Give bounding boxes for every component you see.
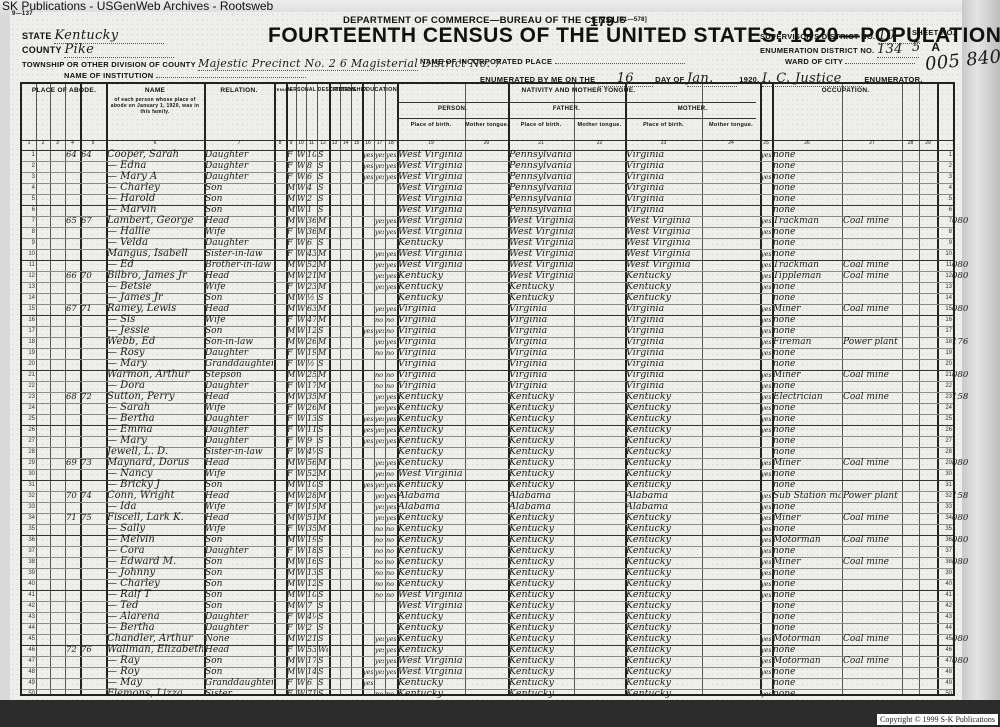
ward-value <box>845 63 915 64</box>
page-code: [D1—578] <box>617 17 647 23</box>
cell-write: yes <box>386 666 396 678</box>
cell-write: yes <box>386 281 396 293</box>
ward-label: WARD OF CITY <box>785 57 843 66</box>
cell-family: 67 <box>81 215 105 227</box>
cell-write: no <box>386 347 396 359</box>
cell-dwelling: 71 <box>66 512 79 524</box>
header-divider <box>397 118 756 119</box>
line-number: 7 <box>23 218 35 224</box>
cell-marital: S <box>318 688 328 700</box>
cell-industry: Coal mine <box>843 369 901 381</box>
column-number: 25 <box>760 140 772 146</box>
line-number: 9 <box>23 240 35 246</box>
line-number: 26 <box>23 427 35 433</box>
cell-family: 76 <box>81 644 105 656</box>
township-field: TOWNSHIP OR OTHER DIVISION OF COUNTY Maj… <box>22 57 418 71</box>
line-number: 16 <box>23 317 35 323</box>
cell-code: 080 <box>952 215 976 227</box>
section-heading-tenure: TENURE. <box>274 87 286 92</box>
section-heading-mother-tongue: Mother tongue. <box>465 122 508 128</box>
line-number: 35 <box>940 526 952 532</box>
cell-industry: Coal mine <box>843 215 901 227</box>
line-number: 46 <box>940 647 952 653</box>
cell-english: yes <box>761 589 771 601</box>
copyright-notice: Copyright © 1999 S-K Publications <box>877 714 998 725</box>
cell-industry: Coal mine <box>843 655 901 667</box>
cell-family: 72 <box>81 391 105 403</box>
line-number: 44 <box>940 625 952 631</box>
cell-school: yes <box>363 325 373 337</box>
cell-write: no <box>386 589 396 601</box>
section-heading-place-of-birth: Place of birth. <box>397 122 465 128</box>
section-heading-citizenship: CITIZENSHIP. <box>329 87 362 93</box>
line-number: 31 <box>940 482 952 488</box>
cell-dwelling: 72 <box>66 644 79 656</box>
line-number: 17 <box>23 328 35 334</box>
cell-industry: Coal mine <box>843 534 901 546</box>
section-heading-place-of-birth: Place of birth. <box>508 122 574 128</box>
page-edge <box>962 0 1000 700</box>
cell-dwelling: 67 <box>66 303 79 315</box>
line-number: 42 <box>23 603 35 609</box>
cell-write: yes <box>386 226 396 238</box>
line-number: 5 <box>23 196 35 202</box>
cell-english: yes <box>761 666 771 678</box>
column-number: 9 <box>286 140 296 146</box>
name-column-description: of each person whose place of abode on J… <box>108 97 202 115</box>
line-number: 20 <box>940 361 952 367</box>
page-number: 179 <box>590 13 614 29</box>
cell-read: no <box>375 589 384 601</box>
line-number: 50 <box>23 691 35 697</box>
line-number: 9 <box>940 240 952 246</box>
line-number: 13 <box>23 284 35 290</box>
line-number: 34 <box>23 515 35 521</box>
cell-code: 080 <box>952 303 976 315</box>
cell-code: 080 <box>952 457 976 469</box>
section-heading-relation: RELATION. <box>204 87 274 94</box>
column-number: 7 <box>204 140 274 146</box>
line-number: 4 <box>940 185 952 191</box>
cell-family: 75 <box>81 512 105 524</box>
cell-family: 73 <box>81 457 105 469</box>
cell-code: 080 <box>952 534 976 546</box>
cell-code: 080 <box>952 556 976 568</box>
section-heading-nativity: NATIVITY AND MOTHER TONGUE. <box>397 87 760 94</box>
cell-school: yes <box>363 435 373 447</box>
line-number: 41 <box>940 592 952 598</box>
column-divider <box>80 84 82 694</box>
line-number: 48 <box>23 669 35 675</box>
cell-read: yes <box>375 226 384 238</box>
line-number: 37 <box>940 548 952 554</box>
enumeration-district-field: ENUMERATION DISTRICT NO. 134 <box>760 42 919 58</box>
line-number: 46 <box>23 647 35 653</box>
column-number: 3 <box>50 140 65 146</box>
cell-family: 70 <box>81 270 105 282</box>
section-heading-place-of-birth: Place of birth. <box>625 122 702 128</box>
line-number: 19 <box>940 350 952 356</box>
column-number: 18 <box>385 140 397 146</box>
line-number: 47 <box>940 658 952 664</box>
cell-write: yes <box>386 435 396 447</box>
line-number: 37 <box>23 548 35 554</box>
line-number: 35 <box>23 526 35 532</box>
institution-value <box>156 77 306 78</box>
line-number: 48 <box>940 669 952 675</box>
line-number: 45 <box>23 636 35 642</box>
enumeration-label: ENUMERATION DISTRICT NO. <box>760 46 875 55</box>
cell-industry: Coal mine <box>843 512 901 524</box>
column-number: 29 <box>919 140 937 146</box>
cell-english: yes <box>761 468 771 480</box>
line-number: 25 <box>940 416 952 422</box>
cell-industry: Coal mine <box>843 303 901 315</box>
line-number: 22 <box>23 383 35 389</box>
line-number: 28 <box>23 449 35 455</box>
cell-write: yes <box>386 171 396 183</box>
cell-name: Flemons, Lizza <box>107 688 203 700</box>
line-number: 11 <box>23 262 35 268</box>
cell-code: 176 <box>952 336 976 348</box>
column-divider <box>842 84 843 694</box>
cell-family: 71 <box>81 303 105 315</box>
line-number: 6 <box>940 207 952 213</box>
column-number: 27 <box>842 140 902 146</box>
section-heading-mother-tongue: Mother tongue. <box>574 122 625 128</box>
line-number: 3 <box>940 174 952 180</box>
line-number: 27 <box>940 438 952 444</box>
cell-sex: F <box>287 688 295 700</box>
cell-family: 74 <box>81 490 105 502</box>
section-heading-place-of-abode: PLACE OF ABODE. <box>22 87 106 94</box>
cell-industry: Coal mine <box>843 391 901 403</box>
line-number: 15 <box>940 306 952 312</box>
line-number: 36 <box>940 537 952 543</box>
line-number: 12 <box>940 273 952 279</box>
column-number: 5 <box>80 140 106 146</box>
line-number: 22 <box>940 383 952 389</box>
column-number: 6 <box>106 140 204 146</box>
line-number: 29 <box>940 460 952 466</box>
cell-industry: Coal mine <box>843 633 901 645</box>
cell-dwelling: 66 <box>66 270 79 282</box>
column-number: 11 <box>306 140 317 146</box>
section-heading-mother-tongue: Mother tongue. <box>702 122 760 128</box>
cell-dwelling: 69 <box>66 457 79 469</box>
column-divider <box>465 84 466 694</box>
cell-code: 158 <box>952 391 976 403</box>
line-number: 6 <box>23 207 35 213</box>
county-label: COUNTY <box>22 45 62 55</box>
line-number: 27 <box>23 438 35 444</box>
township-value: Majestic Precinct No. 2 6 Magisterial Di… <box>198 57 418 71</box>
cell-age: 71 <box>307 688 316 700</box>
cell-code: 080 <box>952 655 976 667</box>
section-heading-name: NAME <box>106 87 204 94</box>
line-number: 40 <box>23 581 35 587</box>
line-number: 5 <box>940 196 952 202</box>
column-number: 14 <box>340 140 351 146</box>
cell-relation: Sister <box>205 688 273 700</box>
column-number: 16 <box>362 140 374 146</box>
cell-race: W <box>297 688 305 700</box>
column-number: 17 <box>374 140 385 146</box>
sheet-no-value: 5 <box>912 40 921 55</box>
line-number: 17 <box>940 328 952 334</box>
census-table: PLACE OF ABODE.NAMERELATION.TENURE.PERSO… <box>20 82 955 696</box>
sheet-label: SHEET NO. <box>912 28 955 37</box>
cell-read: no <box>375 688 384 700</box>
column-divider <box>329 84 331 694</box>
line-number: 30 <box>940 471 952 477</box>
column-number: 23 <box>625 140 702 146</box>
cell-english: yes <box>761 171 771 183</box>
line-number: 21 <box>23 372 35 378</box>
line-number: 31 <box>23 482 35 488</box>
line-number: 25 <box>23 416 35 422</box>
column-divider <box>937 84 939 694</box>
state-label: STATE <box>22 31 52 41</box>
cell-read: yes <box>375 281 384 293</box>
cell-english: yes <box>761 424 771 436</box>
line-number: 41 <box>23 592 35 598</box>
incorporated-label: NAME OF INCORPORATED PLACE <box>420 57 552 66</box>
line-number: 19 <box>23 350 35 356</box>
cell-code: 158 <box>952 490 976 502</box>
line-number: 39 <box>23 570 35 576</box>
header-divider <box>397 102 756 103</box>
cell-read: yes <box>375 171 384 183</box>
cell-dwelling: 70 <box>66 490 79 502</box>
cell-birthplace: Kentucky <box>398 688 464 700</box>
line-number: 29 <box>23 460 35 466</box>
line-number: 40 <box>940 581 952 587</box>
cell-school: yes <box>363 479 373 491</box>
incorporated-value <box>555 63 685 64</box>
line-number: 24 <box>23 405 35 411</box>
line-number: 34 <box>940 515 952 521</box>
cell-read: yes <box>375 666 384 678</box>
column-divider <box>702 84 703 694</box>
cell-occupation: none <box>773 688 841 700</box>
column-number: 8 <box>274 140 286 146</box>
cell-dwelling: 64 <box>66 149 79 161</box>
section-heading-person: PERSON. <box>397 106 508 112</box>
section-heading-occupation: OCCUPATION. <box>772 87 919 94</box>
column-number: 4 <box>65 140 80 146</box>
line-number: 47 <box>23 658 35 664</box>
line-number: 4 <box>23 185 35 191</box>
column-divider <box>574 84 575 694</box>
line-number: 7 <box>940 218 952 224</box>
line-number: 28 <box>940 449 952 455</box>
column-number: 12 <box>317 140 329 146</box>
line-number: 38 <box>940 559 952 565</box>
line-number: 33 <box>23 504 35 510</box>
line-number: 16 <box>940 317 952 323</box>
column-number: 19 <box>397 140 465 146</box>
line-number: 14 <box>23 295 35 301</box>
column-number: 13 <box>329 140 340 146</box>
column-divider <box>919 84 920 694</box>
column-number: 2 <box>36 140 50 146</box>
column-number: 1 <box>22 140 36 146</box>
cell-english: yes <box>761 226 771 238</box>
institution-label: NAME OF INSTITUTION <box>64 71 153 80</box>
line-number: 42 <box>940 603 952 609</box>
cell-read: no <box>375 347 384 359</box>
cell-dwelling: 68 <box>66 391 79 403</box>
line-number: 39 <box>940 570 952 576</box>
section-heading-mother: MOTHER. <box>625 106 760 112</box>
township-label: TOWNSHIP OR OTHER DIVISION OF COUNTY <box>22 60 196 69</box>
county-field: COUNTY Pike <box>22 42 174 58</box>
cell-code: 080 <box>952 633 976 645</box>
line-number: 30 <box>23 471 35 477</box>
line-number: 50 <box>940 691 952 697</box>
line-number: 49 <box>940 680 952 686</box>
line-number: 26 <box>940 427 952 433</box>
cell-industry: Power plant <box>843 336 901 348</box>
line-number: 32 <box>23 493 35 499</box>
line-number: 44 <box>23 625 35 631</box>
cell-english: yes <box>761 281 771 293</box>
column-number: 10 <box>296 140 306 146</box>
line-number: 20 <box>23 361 35 367</box>
cell-father-bp: Kentucky <box>509 688 573 700</box>
cell-school: yes <box>363 677 373 689</box>
line-number: 8 <box>940 229 952 235</box>
line-number: 36 <box>23 537 35 543</box>
cell-industry: Coal mine <box>843 270 901 282</box>
cell-industry: Power plant <box>843 490 901 502</box>
section-heading-education: EDUCATION. <box>362 87 397 93</box>
line-number: 32 <box>940 493 952 499</box>
section-heading-father: FATHER. <box>508 106 625 112</box>
line-number: 2 <box>23 163 35 169</box>
line-number: 2 <box>940 163 952 169</box>
line-number: 1 <box>23 152 35 158</box>
line-number: 45 <box>940 636 952 642</box>
line-number: 10 <box>940 251 952 257</box>
line-number: 3 <box>23 174 35 180</box>
cell-family: 64 <box>81 149 105 161</box>
form-code: 9—137 <box>12 11 33 17</box>
cell-industry: Coal mine <box>843 457 901 469</box>
incorporated-field: NAME OF INCORPORATED PLACE <box>420 57 685 66</box>
line-number: 21 <box>940 372 952 378</box>
column-number: 28 <box>902 140 919 146</box>
column-divider <box>50 84 51 694</box>
cell-english: yes <box>761 149 771 161</box>
column-number: 21 <box>508 140 574 146</box>
line-number: 33 <box>940 504 952 510</box>
column-number: 20 <box>465 140 508 146</box>
line-number: 18 <box>23 339 35 345</box>
column-number: 24 <box>702 140 760 146</box>
cell-write: no <box>386 688 396 700</box>
line-number: 12 <box>23 273 35 279</box>
supervisor-label: SUPERVISOR'S DISTRICT NO. <box>760 32 875 41</box>
cell-code: 080 <box>952 369 976 381</box>
cell-code: 080 <box>952 270 976 282</box>
line-number: 14 <box>940 295 952 301</box>
line-number: 23 <box>940 394 952 400</box>
column-divider <box>351 84 352 694</box>
line-number: 18 <box>940 339 952 345</box>
column-number: 26 <box>772 140 842 146</box>
line-number: 43 <box>23 614 35 620</box>
column-divider <box>36 84 37 694</box>
line-number: 49 <box>23 680 35 686</box>
cell-read: yes <box>375 435 384 447</box>
line-number: 8 <box>23 229 35 235</box>
line-number: 13 <box>940 284 952 290</box>
line-number: 1 <box>940 152 952 158</box>
cell-english: yes <box>761 688 771 700</box>
cell-code: 080 <box>952 512 976 524</box>
cell-school: yes <box>363 171 373 183</box>
institution-field: NAME OF INSTITUTION <box>64 71 306 80</box>
line-number: 10 <box>23 251 35 257</box>
line-number: 23 <box>23 394 35 400</box>
column-divider <box>340 84 341 694</box>
cell-mother-bp: Kentucky <box>626 688 701 700</box>
column-divider <box>902 84 903 694</box>
section-heading-personal: PERSONAL DESCRIPTION. <box>286 87 329 93</box>
column-number: 22 <box>574 140 625 146</box>
scan-bottom-edge: Copyright © 1999 S-K Publications <box>0 700 1000 727</box>
line-number: 24 <box>940 405 952 411</box>
cell-dwelling: 65 <box>66 215 79 227</box>
line-number: 11 <box>940 262 952 268</box>
cell-english: yes <box>761 347 771 359</box>
line-number: 43 <box>940 614 952 620</box>
county-value: Pike <box>64 42 174 58</box>
column-divider <box>274 84 276 694</box>
line-number: 38 <box>23 559 35 565</box>
column-divider <box>65 84 66 694</box>
cell-industry: Coal mine <box>843 556 901 568</box>
column-number: 15 <box>351 140 362 146</box>
ward-field: WARD OF CITY <box>785 57 915 66</box>
line-number: 15 <box>23 306 35 312</box>
